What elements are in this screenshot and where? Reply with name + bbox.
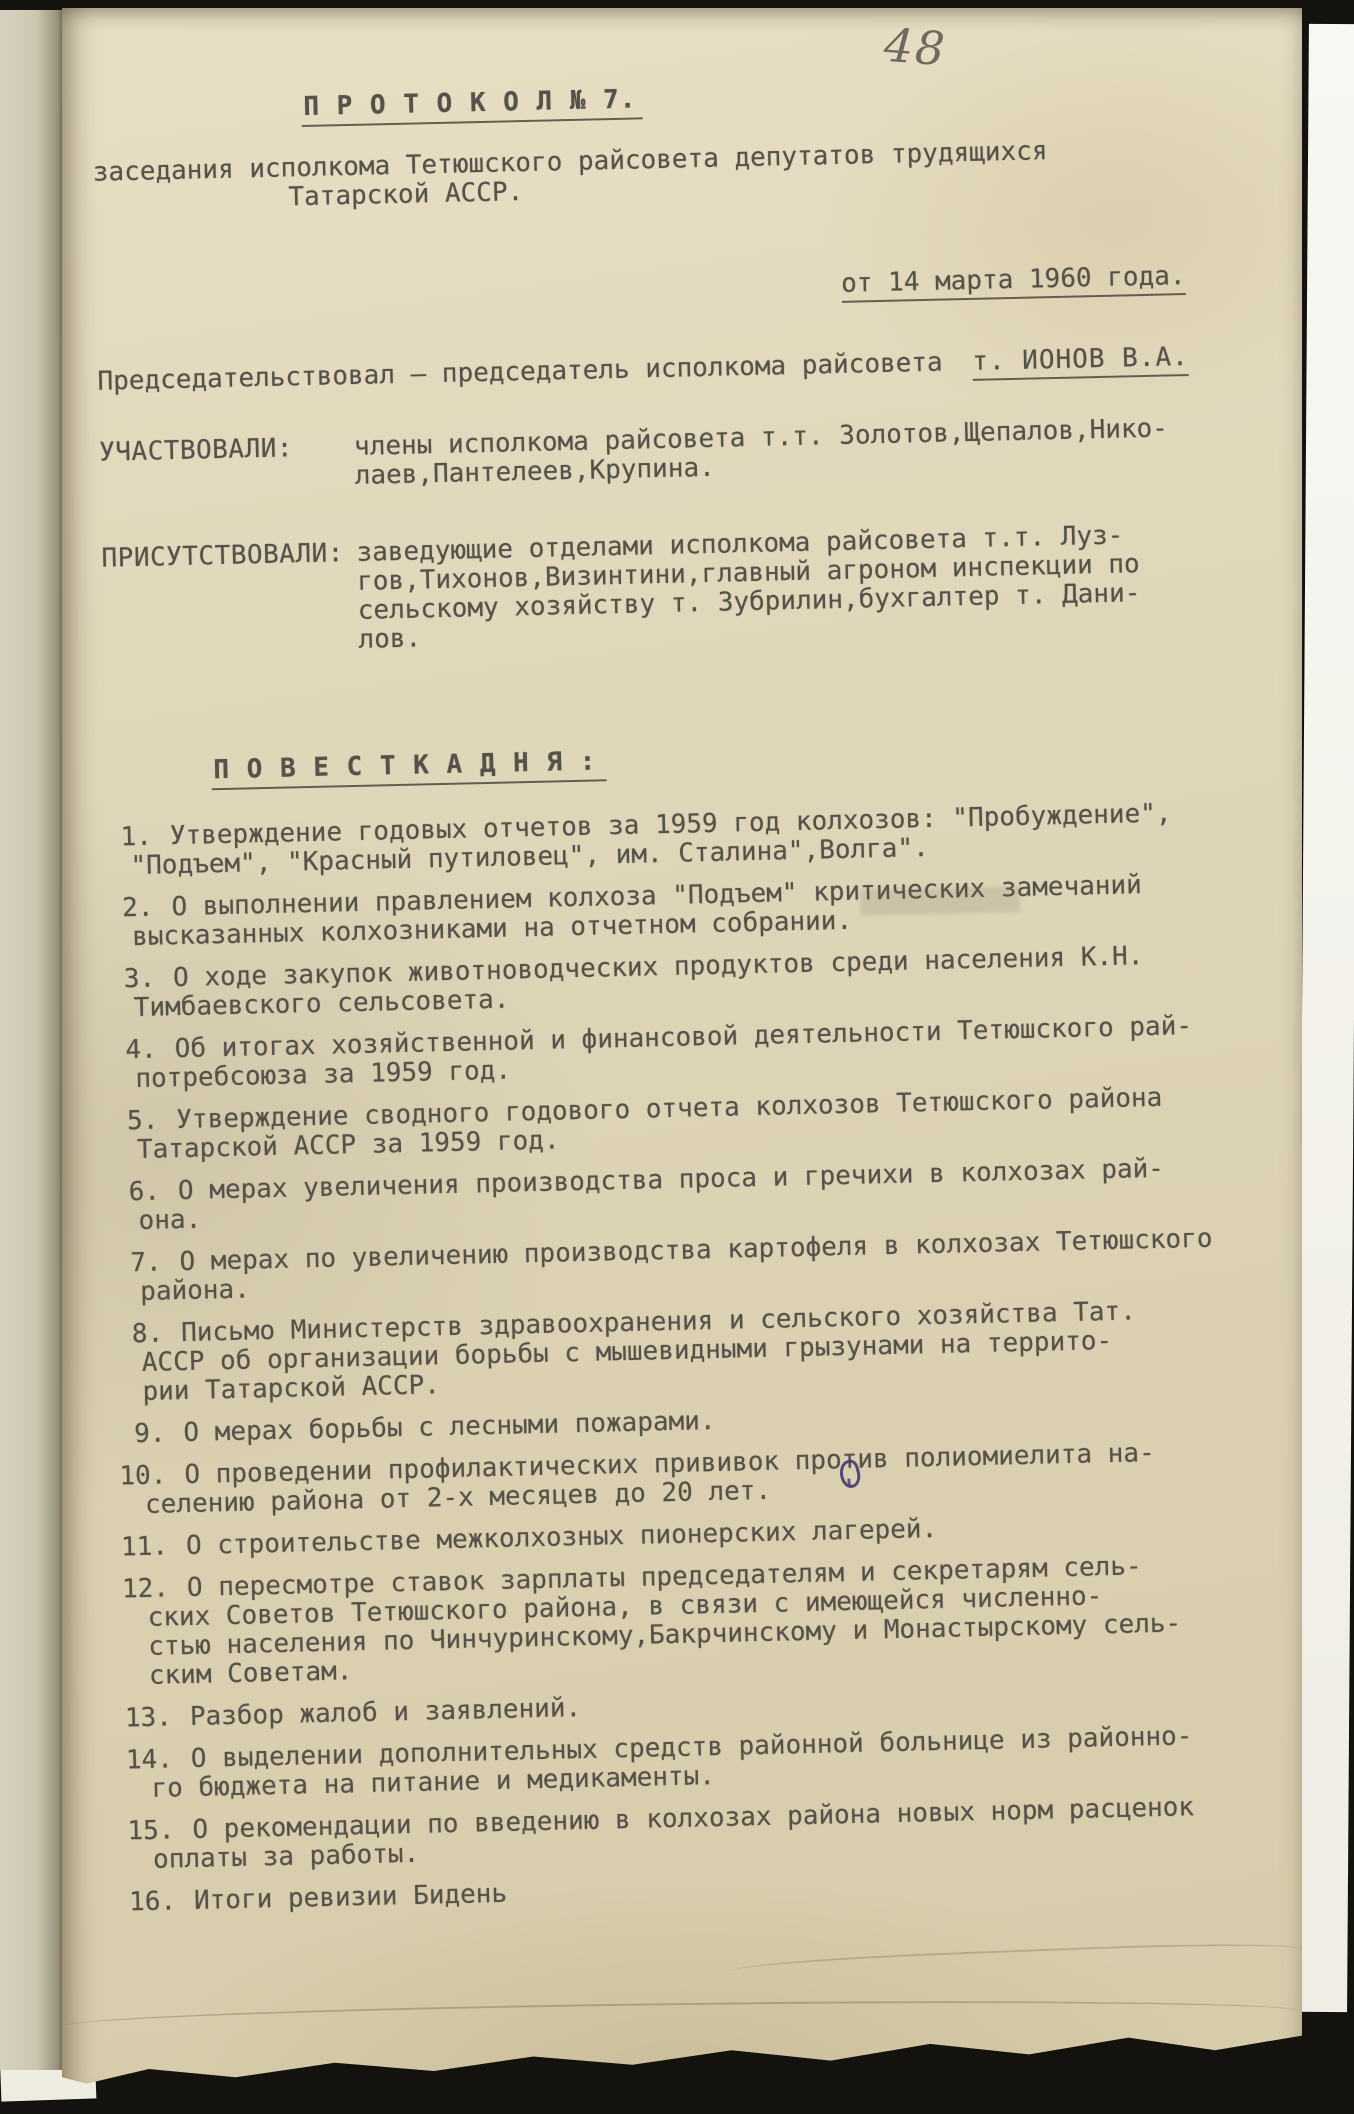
chairman-line: Председательствовал – председатель испол… [97,341,1269,397]
book-binding-left [0,10,66,2070]
agenda-item-number: 8. [115,1319,164,1349]
agenda-item: 2.О выполнении правлением колхоза "Подъе… [131,868,1282,952]
agenda-item-text: О рекомендации по введению в колхозах ра… [152,1791,1303,1875]
agenda-item-text: Утверждение сводного годового отчета кол… [136,1081,1287,1165]
participants-label: УЧАСТВОВАЛИ: [99,433,355,468]
page-crease-upper [731,1939,1302,1983]
agenda-item-number: 1. [104,823,153,853]
agenda-item-text: Письмо Министерств здравоохранения и сел… [141,1294,1293,1407]
protocol-date: от 14 марта 1960 года. [841,261,1186,303]
protocol-title: П Р О Т О К О Л № 7. [301,84,643,127]
agenda-item-text: О ходе закупок животноводческих продукто… [133,939,1284,1023]
agenda-list: 1.Утверждение годовых отчетов за 1959 го… [130,797,1305,1917]
agenda-item: 4.Об итогах хозяйственной и финансовой д… [134,1010,1285,1094]
agenda-item: 6.О мерах увеличения производства проса … [138,1152,1289,1236]
agenda-item-number: 15. [126,1816,175,1846]
attendees-row: ПРИСУТСТВОВАЛИ: заведующие отделами испо… [101,518,1275,661]
agenda-item: 15.О рекомендации по введению в колхозах… [152,1791,1303,1875]
agenda-item: 7.О мерах по увеличению производства кар… [139,1223,1290,1307]
agenda-item: 10.О проведении профилактических прививо… [144,1436,1295,1520]
agenda-item-text: О мерах увеличения производства проса и … [138,1152,1289,1236]
agenda-item: 5.Утверждение сводного годового отчета к… [136,1081,1287,1165]
erased-text-smudge [860,886,1021,916]
agenda-item-text: Об итогах хозяйственной и финансовой дея… [134,1010,1285,1094]
typewritten-content: П Р О Т О К О Л № 7. заседания исполкома… [61,0,1344,1918]
agenda-item-number: 9. [117,1419,166,1449]
attendees-label: ПРИСУТСТВОВАЛИ: [101,539,357,574]
agenda-item-text: О выполнении правлением колхоза "Подъем"… [131,868,1282,952]
agenda-item-number: 11. [120,1532,169,1562]
attendees-text: заведующие отделами исполкома райсовета … [356,518,1275,655]
document-page: 48 П Р О Т О К О Л № 7. заседания исполк… [62,8,1302,2094]
agenda-item-number: 14. [125,1745,174,1775]
agenda-item-number: 7. [113,1249,162,1279]
agenda-heading: П О В Е С Т К А Д Н Я : [211,746,607,790]
participants-text: члены исполкома райсовета т.т. Золотов,Щ… [354,412,1272,491]
agenda-item: 8.Письмо Министерств здравоохранения и с… [141,1294,1293,1407]
agenda-item-text: О мерах по увеличению производства карто… [139,1223,1290,1307]
right-page-edge [1295,24,1354,2012]
agenda-item-number: 12. [121,1574,170,1604]
chairman-name: т. ИОНОВ В.А. [972,342,1189,381]
page-crease [62,1995,1302,2046]
agenda-item-text: Утверждение годовых отчетов за 1959 год … [130,797,1281,881]
agenda-item-number: 16. [128,1887,177,1917]
agenda-item-number: 10. [118,1461,167,1491]
agenda-item: 12.О пересмотре ставок зарплаты председа… [147,1549,1299,1691]
agenda-item: 1.Утверждение годовых отчетов за 1959 го… [130,797,1281,881]
agenda-item-text: О выделении дополнительных средств район… [151,1720,1302,1804]
agenda-item-number: 13. [124,1703,173,1733]
agenda-item-number: 4. [108,1036,157,1066]
agenda-item: 14.О выделении дополнительных средств ра… [151,1720,1302,1804]
agenda-item-text: О пересмотре ставок зарплаты председател… [147,1549,1299,1691]
agenda-item-number: 5. [110,1107,159,1137]
agenda-item-text: О проведении профилактических прививок п… [144,1436,1295,1520]
agenda-item: 3.О ходе закупок животноводческих продук… [133,939,1284,1023]
protocol-subject: заседания исполкома Тетюшского райсовета… [93,132,1266,217]
participants-row: УЧАСТВОВАЛИ: члены исполкома райсовета т… [99,412,1272,497]
agenda-item-number: 6. [112,1178,161,1208]
agenda-item-number: 3. [107,965,156,995]
chairman-text: Председательствовал – председатель испол… [97,348,943,397]
agenda-item-number: 2. [105,894,154,924]
